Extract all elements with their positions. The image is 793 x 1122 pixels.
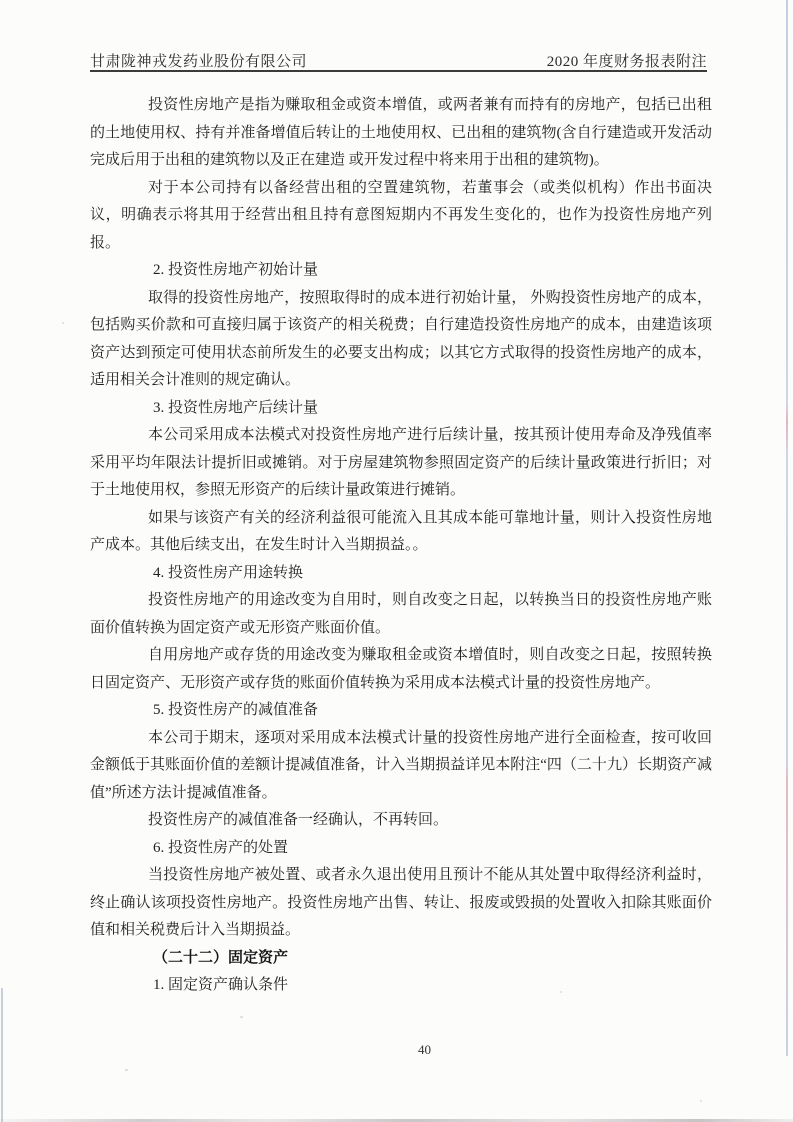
document-body: 投资性房地产是指为赚取租金或资本增值，或两者兼有而持有的房地产，包括已出租的土地… xyxy=(90,92,712,1000)
heading-disposal: 6. 投资性房产的处置 xyxy=(90,835,712,863)
scan-artifact-right-edge xyxy=(786,0,788,1056)
page-number: 40 xyxy=(418,1042,431,1058)
header-report-title: 2020 年度财务报表附注 xyxy=(547,50,707,71)
heading-fixed-assets: （二十二）固定资产 xyxy=(90,945,712,973)
scan-speck xyxy=(700,1100,702,1102)
heading-use-conversion: 4. 投资性房产用途转换 xyxy=(90,560,712,588)
para-vacant-building: 对于本公司持有以备经营出租的空置建筑物，若董事会（或类似机构）作出书面决议，明确… xyxy=(90,175,712,258)
scan-speck xyxy=(62,322,64,324)
scan-speck xyxy=(125,1069,128,1071)
para-subsequent-expenditure: 如果与该资产有关的经济利益很可能流入且其成本能可靠地计量，则计入投资性房地产成本… xyxy=(90,505,712,560)
header-divider xyxy=(90,70,707,72)
heading-initial-measurement: 2. 投资性房地产初始计量 xyxy=(90,257,712,285)
document-page: 甘肃陇神戎发药业股份有限公司 2020 年度财务报表附注 投资性房地产是指为赚取… xyxy=(0,0,793,1122)
para-disposal: 当投资性房地产被处置、或者永久退出使用且预计不能从其处置中取得经济利益时，终止确… xyxy=(90,862,712,945)
para-impairment-no-reversal: 投资性房产的减值准备一经确认，不再转回。 xyxy=(90,807,712,835)
para-convert-to-investment: 自用房地产或存货的用途改变为赚取租金或资本增值时，则自改变之日起，按照转换日固定… xyxy=(90,642,712,697)
para-impairment-test: 本公司于期末，逐项对采用成本法模式计量的投资性房地产进行全面检查，按可收回金额低… xyxy=(90,725,712,808)
heading-subsequent-measurement: 3. 投资性房地产后续计量 xyxy=(90,395,712,423)
header-company-name: 甘肃陇神戎发药业股份有限公司 xyxy=(90,50,307,71)
scan-speck xyxy=(240,1016,243,1018)
para-convert-to-own-use: 投资性房地产的用途改变为自用时，则自改变之日起，以转换当日的投资性房地产账面价值… xyxy=(90,587,712,642)
heading-impairment: 5. 投资性房产的减值准备 xyxy=(90,697,712,725)
para-initial-measurement: 取得的投资性房地产，按照取得时的成本进行初始计量， 外购投资性房地产的成本，包括… xyxy=(90,285,712,395)
para-subsequent-measurement: 本公司采用成本法模式对投资性房地产进行后续计量，按其预计使用寿命及净残值率采用平… xyxy=(90,422,712,505)
heading-fixed-assets-recognition: 1. 固定资产确认条件 xyxy=(90,972,712,1000)
scan-speck xyxy=(560,991,562,993)
page-footer: 40 xyxy=(0,1042,793,1058)
page-header: 甘肃陇神戎发药业股份有限公司 2020 年度财务报表附注 xyxy=(90,50,707,71)
para-investment-property-definition: 投资性房地产是指为赚取租金或资本增值，或两者兼有而持有的房地产，包括已出租的土地… xyxy=(90,92,712,175)
scan-artifact-left-edge xyxy=(1,988,3,1122)
